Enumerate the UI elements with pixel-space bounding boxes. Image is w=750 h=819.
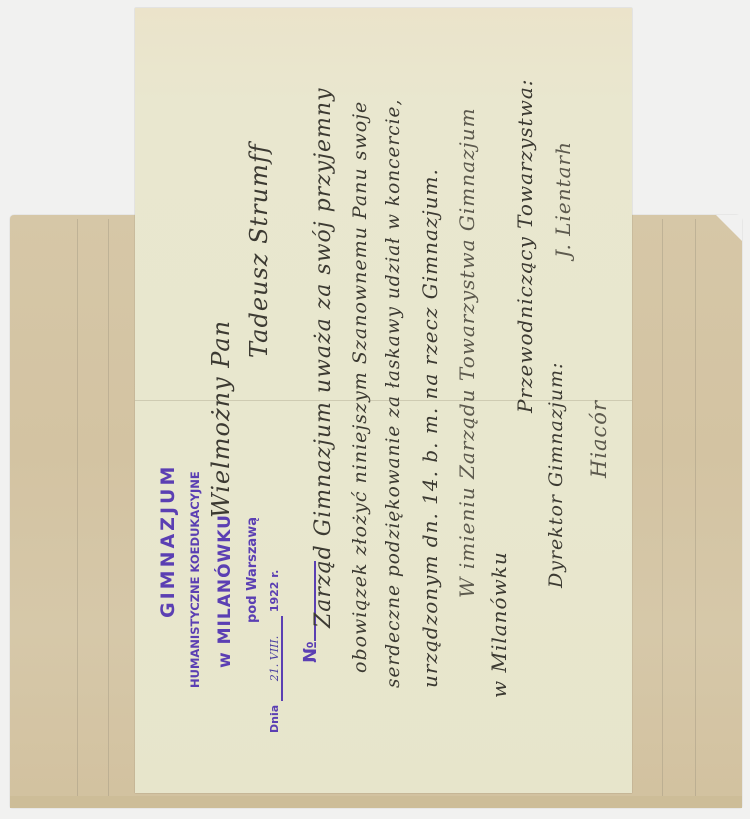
salutation-name: Tadeusz Strumff (245, 143, 273, 358)
stamp-date-line: Dnia 21. VIII. 1922 r. (268, 570, 283, 733)
ruled-line (77, 219, 78, 800)
ruled-line (662, 219, 663, 800)
stamp-location: w MILANÓWKU (215, 514, 235, 668)
closing-line-1: W imieniu Zarządu Towarzystwa Gimnazjum (455, 107, 479, 598)
stamp-date-value: 21. VIII. (268, 636, 281, 681)
body-line-2: obowiązek złożyć niniejszym Szanownemu P… (349, 101, 371, 673)
body-line-3: serdeczne podziękowanie za łaskawy udzia… (383, 99, 404, 688)
signature-chairman-name: J. Lientarh (551, 141, 575, 258)
torn-bottom-edge (10, 796, 742, 808)
stamp-year: 1922 r. (268, 570, 281, 612)
salutation-title: Wielmożny Pan (207, 320, 235, 518)
signature-director-name: Hiacór (587, 400, 611, 478)
stamp-number-label: № (300, 641, 321, 663)
stamp-date-prefix: Dnia (268, 705, 281, 733)
stamp-school-type: HUMANISTYCZNE KOEDUKACYJNE (188, 471, 202, 688)
body-line-1: Zarząd Gimnazjum uważa za swój przyjemny (311, 87, 336, 628)
stamp-sublocation: pod Warszawą (245, 517, 260, 623)
body-line-4: urządzonym dn. 14. b. m. na rzecz Gimnaz… (418, 168, 442, 688)
ruled-line (108, 219, 109, 800)
signature-director-title: Dyrektor Gimnazjum: (545, 362, 567, 588)
folded-corner (716, 215, 742, 241)
closing-line-2: w Milanówku (487, 551, 511, 698)
ruled-line (695, 219, 696, 800)
letter-sheet: GIMNAZJUM HUMANISTYCZNE KOEDUKACYJNE w M… (135, 8, 632, 793)
stamp-school-name: GIMNAZJUM (157, 464, 179, 618)
signature-chairman-title: Przewodniczący Towarzystwa: (513, 79, 537, 414)
